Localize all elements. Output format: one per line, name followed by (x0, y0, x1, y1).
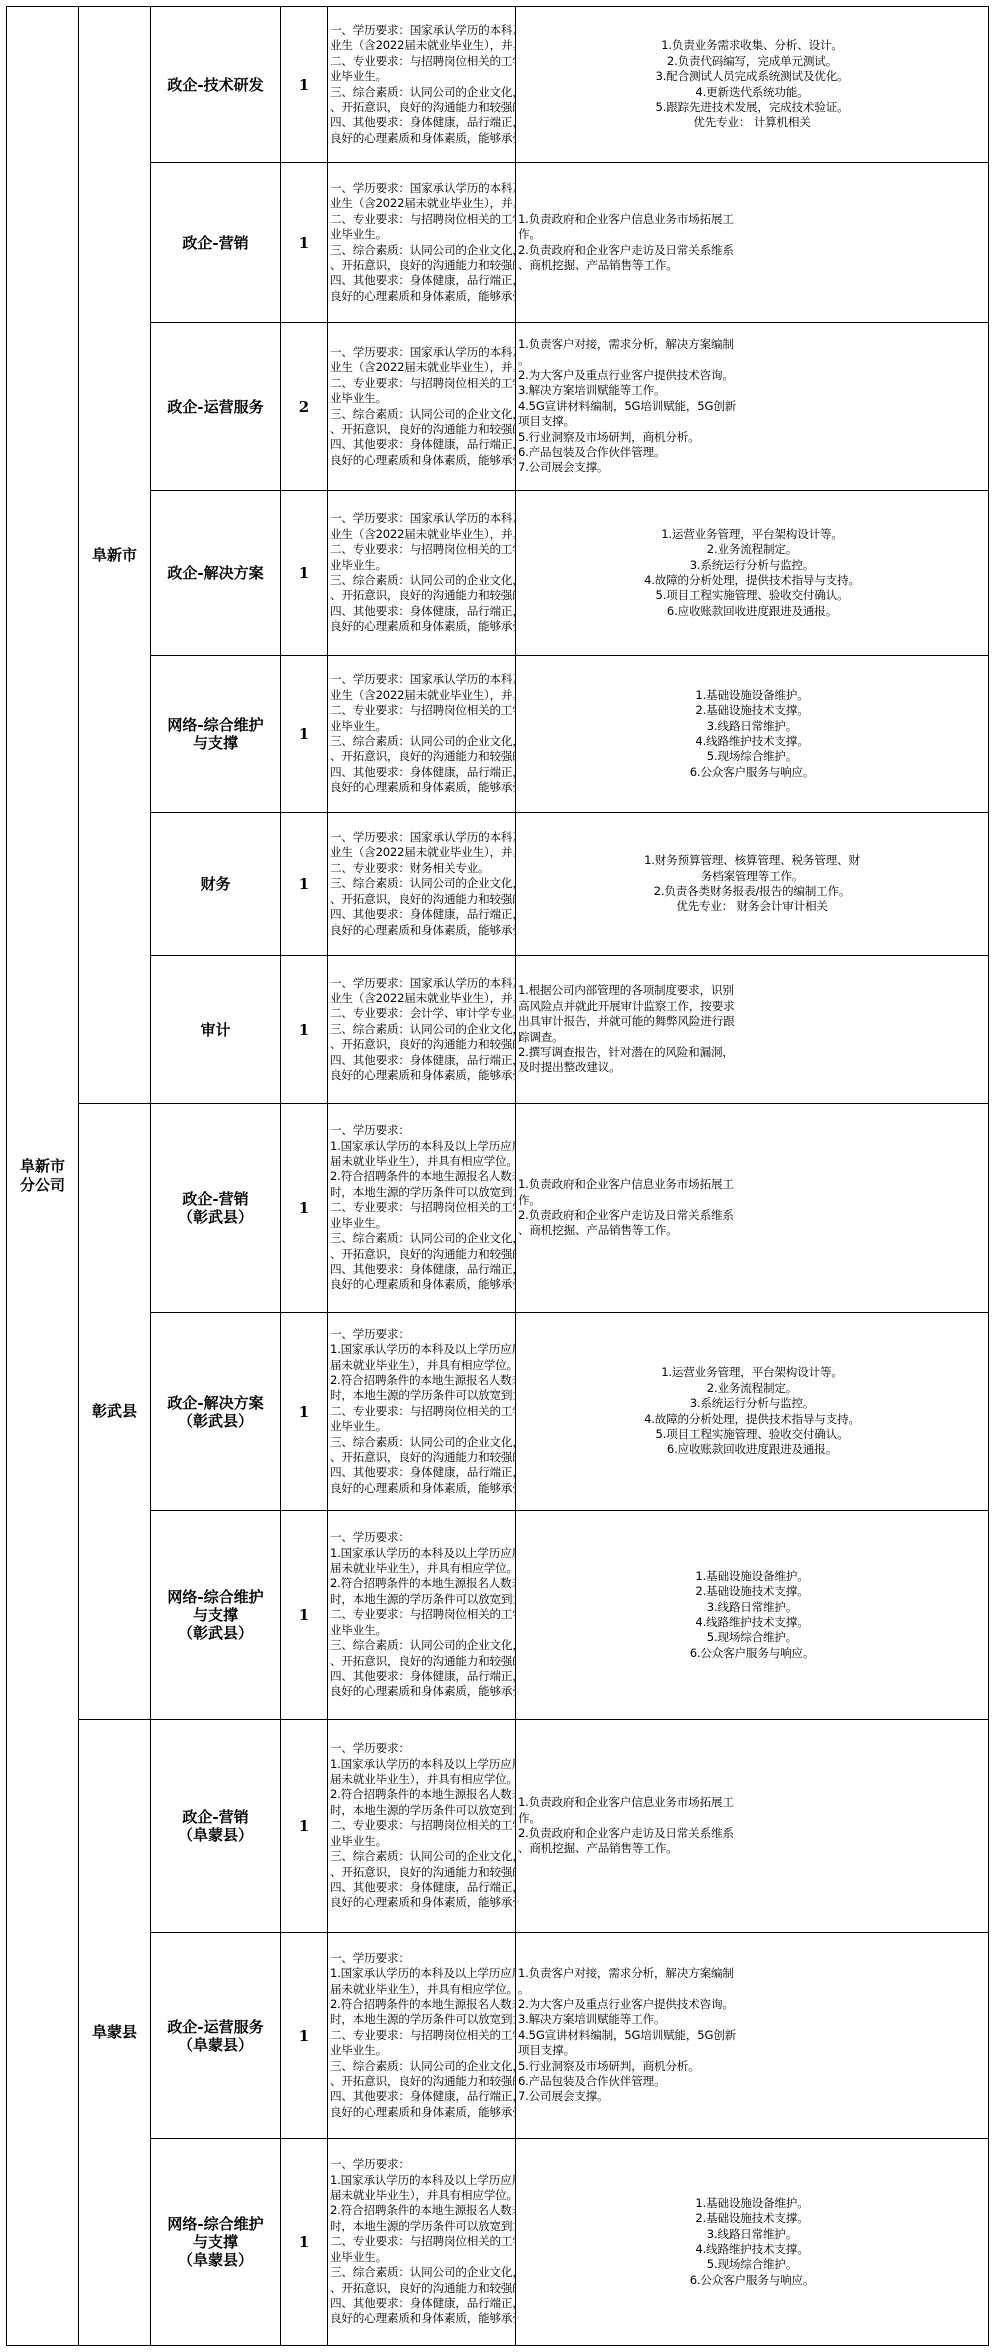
requirements-cell: 一、学历要求：国家承认学历的本科及以上学历应届毕业生（含2022届未就业毕业生）… (328, 163, 516, 323)
position-cell: 政企-营销（彰武县） (151, 1104, 281, 1313)
position-name: 政企-营销 (153, 1808, 278, 1826)
table-row: 阜新市分公司阜新市政企-技术研发1一、学历要求：国家承认学历的本科及以上学历应届… (7, 7, 989, 163)
requirement-line: 四、其他要求：身体健康，品行端正，勤奋踏实，具备 (330, 1465, 513, 1480)
requirement-line: 四、其他要求：身体健康，品行端正，勤奋踏实，具备 (330, 1669, 513, 1684)
requirement-line: 、开拓意识，良好的沟通能力和较强的团队协作意识。 (330, 1037, 513, 1052)
requirement-line: 四、其他要求：身体健康，品行端正，勤奋踏实，具备 (330, 2089, 513, 2104)
requirement-line: 1.国家承认学历的本科及以上学历应届毕业生（含2022 (330, 1757, 513, 1772)
position-name: 政企-技术研发 (153, 76, 278, 94)
table-row: 彰武县政企-营销（彰武县）1一、学历要求：1.国家承认学历的本科及以上学历应届毕… (7, 1104, 989, 1313)
requirement-line: 2.符合招聘条件的本地生源报名人数未达到招聘计划 (330, 1997, 513, 2012)
requirement-line: 三、综合素质：认同公司的企业文化，具有较强进取心 (330, 407, 513, 422)
requirement-line: 、开拓意识，良好的沟通能力和较强的团队协作意识。 (330, 422, 513, 437)
requirement-line: 四、其他要求：身体健康，品行端正，勤奋踏实，具备 (330, 1053, 513, 1068)
requirements-cell: 一、学历要求：1.国家承认学历的本科及以上学历应届毕业生（含2022届未就业毕业… (328, 2139, 516, 2346)
requirement-line: 1.国家承认学历的本科及以上学历应届毕业生（含2022 (330, 1546, 513, 1561)
duty-line: 6.产品包装及合作伙伴管理。 (518, 2074, 986, 2089)
duty-line: 4.线路维护技术支撑。 (518, 2242, 986, 2257)
requirement-line: 一、学历要求：国家承认学历的本科及以上学历应届毕 (330, 23, 513, 38)
requirement-line: 时，本地生源的学历条件可以放宽到大学专科。 (330, 1592, 513, 1607)
requirement-line: 四、其他要求：身体健康，品行端正，勤奋踏实，具备 (330, 273, 513, 288)
duty-line: 优先专业： 计算机相关 (518, 115, 986, 130)
requirement-line: 业毕业生。 (330, 1419, 513, 1434)
duty-line: 3.系统运行分析与监控。 (518, 558, 986, 573)
requirement-line: 良好的心理素质和身体素质，能够承受较大工作压力。 (330, 2311, 513, 2326)
position-name: 政企-解决方案 (153, 1394, 278, 1412)
duty-line: 5.现场综合维护。 (518, 1630, 986, 1645)
position-name: （彰武县） (153, 1624, 278, 1642)
requirement-line: 三、综合素质：认同公司的企业文化，具有较强进取心 (330, 1231, 513, 1246)
duty-line: 作。 (518, 1193, 986, 1208)
requirement-line: 、开拓意识，良好的沟通能力和较强的团队协作意识。 (330, 100, 513, 115)
headcount-cell: 1 (281, 7, 328, 163)
duty-line: 5.跟踪先进技术发展，完成技术验证。 (518, 100, 986, 115)
position-name: 网络-综合维护 (153, 716, 278, 734)
position-name: （阜蒙县） (153, 2251, 278, 2269)
requirement-line: 业毕业生。 (330, 1623, 513, 1638)
duty-line: 4.故障的分析处理，提供技术指导与支持。 (518, 573, 986, 588)
requirement-line: 2.符合招聘条件的本地生源报名人数未达到招聘计划 (330, 1373, 513, 1388)
requirement-line: 良好的心理素质和身体素质，能够承受较大工作压力。 (330, 1068, 513, 1083)
duty-line: 踪调查。 (518, 1030, 986, 1045)
duty-line: 2.基础设施技术支撑。 (518, 1584, 986, 1599)
requirement-line: 届未就业毕业生），并具有相应学位。 (330, 1358, 513, 1373)
requirement-line: 2.符合招聘条件的本地生源报名人数未达到招聘计划 (330, 2203, 513, 2218)
requirement-line: 一、学历要求：国家承认学历的本科及以上学历应届毕 (330, 511, 513, 526)
duty-line: 4.5G宣讲材料编制，5G培训赋能，5G创新 (518, 2028, 986, 2043)
requirement-line: 1.国家承认学历的本科及以上学历应届毕业生（含2022 (330, 2173, 513, 2188)
requirement-line: 二、专业要求：与招聘岗位相关的工学、理学类相关专 (330, 703, 513, 718)
table-row: 政企-解决方案（彰武县）1一、学历要求：1.国家承认学历的本科及以上学历应届毕业… (7, 1313, 989, 1511)
requirement-line: 二、专业要求：与招聘岗位相关的工学、理学类相关专 (330, 2028, 513, 2043)
requirement-line: 业生（含2022届未就业毕业生），并具有相应学位。 (330, 688, 513, 703)
duty-line: 1.基础设施设备维护。 (518, 688, 986, 703)
duty-line: 5.行业洞察及市场研判，商机分析。 (518, 2059, 986, 2074)
requirement-line: 良好的心理素质和身体素质，能够承受较大工作压力。 (330, 1684, 513, 1699)
requirement-line: 一、学历要求：国家承认学历的本科及以上学历应届毕 (330, 181, 513, 196)
requirement-line: 届未就业毕业生），并具有相应学位。 (330, 1154, 513, 1169)
requirement-line: 、开拓意识，良好的沟通能力和较强的团队协作意识。 (330, 258, 513, 273)
duty-line: 务档案管理等工作。 (518, 869, 986, 884)
position-cell: 财务 (151, 813, 281, 956)
table-row: 阜蒙县政企-营销（阜蒙县）1一、学历要求：1.国家承认学历的本科及以上学历应届毕… (7, 1720, 989, 1933)
requirement-line: 良好的心理素质和身体素质，能够承受较大工作压力。 (330, 131, 513, 146)
requirements-cell: 一、学历要求：1.国家承认学历的本科及以上学历应届毕业生（含2022届未就业毕业… (328, 1313, 516, 1511)
requirement-line: 2.符合招聘条件的本地生源报名人数未达到招聘计划 (330, 1576, 513, 1591)
duties-cell: 1.根据公司内部管理的各项制度要求，识别高风险点并就此开展审计监察工作，按要求出… (516, 956, 989, 1104)
requirement-line: 业毕业生。 (330, 227, 513, 242)
requirement-line: 业生（含2022届未就业毕业生），并具有相应学位。 (330, 196, 513, 211)
position-name: 政企-营销 (153, 1190, 278, 1208)
requirement-line: 四、其他要求：身体健康，品行端正，勤奋踏实，具备 (330, 907, 513, 922)
duty-line: 3.解决方案培训赋能等工作。 (518, 383, 986, 398)
duty-line: 1.负责政府和企业客户信息业务市场拓展工 (518, 212, 986, 227)
requirement-line: 业毕业生。 (330, 719, 513, 734)
duty-line: 3.解决方案培训赋能等工作。 (518, 2012, 986, 2027)
requirement-line: 、开拓意识，良好的沟通能力和较强的团队协作意识。 (330, 588, 513, 603)
duty-line: 作。 (518, 1811, 986, 1826)
duty-line: 1.运营业务管理，平台架构设计等。 (518, 1365, 986, 1380)
duty-line: 2.为大客户及重点行业客户提供技术咨询。 (518, 368, 986, 383)
duties-cell: 1.负责客户对接，需求分析，解决方案编制。2.为大客户及重点行业客户提供技术咨询… (516, 1933, 989, 2139)
requirement-line: 良好的心理素质和身体素质，能够承受较大工作压力。 (330, 2105, 513, 2120)
requirement-line: 一、学历要求： (330, 1530, 513, 1545)
duty-line: 3.线路日常维护。 (518, 719, 986, 734)
duty-line: 1.负责业务需求收集、分析、设计。 (518, 38, 986, 53)
table-row: 政企-运营服务2一、学历要求：国家承认学历的本科及以上学历应届毕业生（含2022… (7, 323, 989, 491)
requirement-line: 良好的心理素质和身体素质，能够承受较大工作压力。 (330, 289, 513, 304)
duty-line: 1.负责客户对接，需求分析，解决方案编制 (518, 337, 986, 352)
headcount-cell: 1 (281, 1313, 328, 1511)
duties-cell: 1.负责业务需求收集、分析、设计。2.负责代码编写，完成单元测试。3.配合测试人… (516, 7, 989, 163)
requirement-line: 三、综合素质：认同公司的企业文化，具有较强进取心 (330, 243, 513, 258)
requirement-line: 一、学历要求：国家承认学历的本科及以上学历应届毕 (330, 830, 513, 845)
requirement-line: 2.符合招聘条件的本地生源报名人数未达到招聘计划 (330, 1787, 513, 1802)
duties-cell: 1.基础设施设备维护。2.基础设施技术支撑。3.线路日常维护。4.线路维护技术支… (516, 1511, 989, 1720)
headcount-cell: 1 (281, 1511, 328, 1720)
requirement-line: 四、其他要求：身体健康，品行端正，勤奋踏实，具备 (330, 604, 513, 619)
duty-line: 5.项目工程实施管理、验收交付确认。 (518, 1427, 986, 1442)
position-cell: 政企-营销（阜蒙县） (151, 1720, 281, 1933)
duty-line: 1.负责政府和企业客户信息业务市场拓展工 (518, 1795, 986, 1810)
requirement-line: 1.国家承认学历的本科及以上学历应届毕业生（含2022 (330, 1342, 513, 1357)
duty-line: 及时提出整改建议。 (518, 1060, 986, 1075)
requirement-line: 二、专业要求：与招聘岗位相关的工学、理学类相关专 (330, 542, 513, 557)
duty-line: 2.负责各类财务报表/报告的编制工作。 (518, 884, 986, 899)
requirement-line: 四、其他要求：身体健康，品行端正，勤奋踏实，具备 (330, 115, 513, 130)
requirements-cell: 一、学历要求：国家承认学历的本科及以上学历应届毕业生（含2022届未就业毕业生）… (328, 956, 516, 1104)
headcount-cell: 1 (281, 1720, 328, 1933)
requirement-line: 业毕业生。 (330, 1216, 513, 1231)
company-cell: 阜新市分公司 (7, 7, 79, 2346)
requirement-line: 四、其他要求：身体健康，品行端正，勤奋踏实，具备 (330, 1262, 513, 1277)
position-cell: 政企-营销 (151, 163, 281, 323)
position-cell: 政企-技术研发 (151, 7, 281, 163)
requirement-line: 二、专业要求：与招聘岗位相关的工学、理学类相关专 (330, 1200, 513, 1215)
requirement-line: 良好的心理素质和身体素质，能够承受较大工作压力。 (330, 780, 513, 795)
requirement-line: 2.符合招聘条件的本地生源报名人数未达到招聘计划 (330, 1169, 513, 1184)
requirements-cell: 一、学历要求：国家承认学历的本科及以上学历应届毕业生（含2022届未就业毕业生）… (328, 7, 516, 163)
duty-line: 、商机挖掘、产品销售等工作。 (518, 1841, 986, 1856)
duty-line: 4.更新迭代系统功能。 (518, 85, 986, 100)
position-name: （阜蒙县） (153, 2036, 278, 2054)
requirement-line: 一、学历要求：国家承认学历的本科及以上学历应届毕 (330, 345, 513, 360)
headcount-cell: 1 (281, 163, 328, 323)
duty-line: 4.5G宣讲材料编制，5G培训赋能，5G创新 (518, 399, 986, 414)
duty-line: 。 (518, 353, 986, 368)
requirement-line: 、开拓意识，良好的沟通能力和较强的团队协作意识。 (330, 1654, 513, 1669)
duty-line: 优先专业： 财务会计审计相关 (518, 899, 986, 914)
requirement-line: 、开拓意识，良好的沟通能力和较强的团队协作意识。 (330, 2281, 513, 2296)
requirement-line: 良好的心理素质和身体素质，能够承受较大工作压力。 (330, 619, 513, 634)
requirement-line: 二、专业要求：与招聘岗位相关的工学、理学类相关专 (330, 1607, 513, 1622)
duties-cell: 1.负责政府和企业客户信息业务市场拓展工作。2.负责政府和企业客户走访及日常关系… (516, 163, 989, 323)
requirement-line: 时，本地生源的学历条件可以放宽到大学专科。 (330, 1388, 513, 1403)
requirement-line: 时，本地生源的学历条件可以放宽到大学专科。 (330, 1803, 513, 1818)
position-name: 政企-解决方案 (153, 564, 278, 582)
requirement-line: 、开拓意识，良好的沟通能力和较强的团队协作意识。 (330, 892, 513, 907)
duty-line: 1.根据公司内部管理的各项制度要求，识别 (518, 983, 986, 998)
duties-cell: 1.运营业务管理，平台架构设计等。2.业务流程制定。3.系统运行分析与监控。4.… (516, 491, 989, 656)
duty-line: 4.故障的分析处理，提供技术指导与支持。 (518, 1412, 986, 1427)
requirement-line: 良好的心理素质和身体素质，能够承受较大工作压力。 (330, 453, 513, 468)
requirement-line: 届未就业毕业生），并具有相应学位。 (330, 1772, 513, 1787)
position-name: 网络-综合维护 (153, 2215, 278, 2233)
position-cell: 网络-综合维护与支撑（彰武县） (151, 1511, 281, 1720)
requirement-line: 二、专业要求：与招聘岗位相关的工学、理学类相关专 (330, 1404, 513, 1419)
requirement-line: 业毕业生。 (330, 391, 513, 406)
requirement-line: 业生（含2022届未就业毕业生），并具有相应学位。 (330, 38, 513, 53)
requirement-line: 三、综合素质：认同公司的企业文化，具有较强进取心 (330, 1022, 513, 1037)
region-cell: 彰武县 (79, 1104, 151, 1720)
duty-line: 2.业务流程制定。 (518, 542, 986, 557)
position-name: 与支撑 (153, 2233, 278, 2251)
duty-line: 5.项目工程实施管理、验收交付确认。 (518, 588, 986, 603)
duty-line: 1.财务预算管理、核算管理、税务管理、财 (518, 853, 986, 868)
duties-cell: 1.负责政府和企业客户信息业务市场拓展工作。2.负责政府和企业客户走访及日常关系… (516, 1104, 989, 1313)
duties-cell: 1.运营业务管理，平台架构设计等。2.业务流程制定。3.系统运行分析与监控。4.… (516, 1313, 989, 1511)
duty-line: 1.运营业务管理，平台架构设计等。 (518, 527, 986, 542)
requirements-cell: 一、学历要求：国家承认学历的本科及以上学历应届毕业生（含2022届未就业毕业生）… (328, 813, 516, 956)
position-name: 政企-运营服务 (153, 2018, 278, 2036)
duty-line: 2.业务流程制定。 (518, 1381, 986, 1396)
headcount-cell: 1 (281, 1933, 328, 2139)
table-row: 政企-解决方案1一、学历要求：国家承认学历的本科及以上学历应届毕业生（含2022… (7, 491, 989, 656)
position-name: 政企-运营服务 (153, 398, 278, 416)
position-cell: 政企-解决方案（彰武县） (151, 1313, 281, 1511)
requirements-cell: 一、学历要求：国家承认学历的本科及以上学历应届毕业生（含2022届未就业毕业生）… (328, 323, 516, 491)
requirement-line: 业毕业生。 (330, 2250, 513, 2265)
table-row: 政企-运营服务（阜蒙县）1一、学历要求：1.国家承认学历的本科及以上学历应届毕业… (7, 1933, 989, 2139)
duty-line: 7.公司展会支撑。 (518, 2089, 986, 2104)
duty-line: 2.负责政府和企业客户走访及日常关系维系 (518, 1208, 986, 1223)
position-name: （彰武县） (153, 1208, 278, 1226)
region-cell: 阜蒙县 (79, 1720, 151, 2346)
requirements-cell: 一、学历要求：国家承认学历的本科及以上学历应届毕业生（含2022届未就业毕业生）… (328, 656, 516, 813)
requirement-line: 届未就业毕业生），并具有相应学位。 (330, 2188, 513, 2203)
duty-line: 3.系统运行分析与监控。 (518, 1396, 986, 1411)
requirement-line: 四、其他要求：身体健康，品行端正，勤奋踏实，具备 (330, 1880, 513, 1895)
duty-line: 2.负责政府和企业客户走访及日常关系维系 (518, 1826, 986, 1841)
duty-line: 2.基础设施技术支撑。 (518, 2211, 986, 2226)
requirement-line: 一、学历要求： (330, 2157, 513, 2172)
position-name: （彰武县） (153, 1412, 278, 1430)
requirement-line: 良好的心理素质和身体素质，能够承受较大工作压力。 (330, 1277, 513, 1292)
duty-line: 作。 (518, 227, 986, 242)
requirement-line: 业生（含2022届未就业毕业生），并具有相应学位。 (330, 991, 513, 1006)
requirement-line: 三、综合素质：认同公司的企业文化，具有较强进取心 (330, 1849, 513, 1864)
requirement-line: 、开拓意识，良好的沟通能力和较强的团队协作意识。 (330, 749, 513, 764)
duty-line: 6.公众客户服务与响应。 (518, 765, 986, 780)
requirement-line: 二、专业要求：与招聘岗位相关的工学、理学类相关专 (330, 376, 513, 391)
requirement-line: 届未就业毕业生），并具有相应学位。 (330, 1982, 513, 1997)
requirement-line: 良好的心理素质和身体素质，能够承受较大工作压力。 (330, 1895, 513, 1910)
table-row: 审计1一、学历要求：国家承认学历的本科及以上学历应届毕业生（含2022届未就业毕… (7, 956, 989, 1104)
duty-line: 项目支撑。 (518, 2043, 986, 2058)
requirement-line: 、开拓意识，良好的沟通能力和较强的团队协作意识。 (330, 2074, 513, 2089)
requirement-line: 二、专业要求：与招聘岗位相关的工学、理学类相关专 (330, 212, 513, 227)
headcount-cell: 1 (281, 2139, 328, 2346)
duty-line: 2.负责政府和企业客户走访及日常关系维系 (518, 243, 986, 258)
duty-line: 2.负责代码编写，完成单元测试。 (518, 54, 986, 69)
table-row: 网络-综合维护与支撑（阜蒙县）1一、学历要求：1.国家承认学历的本科及以上学历应… (7, 2139, 989, 2346)
duty-line: 。 (518, 1982, 986, 1997)
region-cell: 阜新市 (79, 7, 151, 1104)
requirement-line: 二、专业要求：财务相关专业。 (330, 861, 513, 876)
duty-line: 4.线路维护技术支撑。 (518, 734, 986, 749)
duty-line: 3.线路日常维护。 (518, 2227, 986, 2242)
requirement-line: 二、专业要求：与招聘岗位相关的工学、理学类相关专 (330, 2234, 513, 2249)
duty-line: 7.公司展会支撑。 (518, 460, 986, 475)
position-name: 审计 (153, 1021, 278, 1039)
position-cell: 网络-综合维护与支撑 (151, 656, 281, 813)
requirement-line: 业毕业生。 (330, 558, 513, 573)
recruitment-table-body: 阜新市分公司阜新市政企-技术研发1一、学历要求：国家承认学历的本科及以上学历应届… (7, 7, 989, 2346)
requirement-line: 三、综合素质：认同公司的企业文化，具有较强进取心 (330, 734, 513, 749)
duty-line: 、商机挖掘、产品销售等工作。 (518, 258, 986, 273)
duty-line: 1.负责政府和企业客户信息业务市场拓展工 (518, 1177, 986, 1192)
requirement-line: 业毕业生。 (330, 69, 513, 84)
requirement-line: 三、综合素质：认同公司的企业文化，具有较强进取心 (330, 1435, 513, 1450)
requirement-line: 良好的心理素质和身体素质，能够承受较大工作压力。 (330, 1481, 513, 1496)
position-name: 政企-营销 (153, 234, 278, 252)
position-name: 财务 (153, 875, 278, 893)
duty-line: 3.配合测试人员完成系统测试及优化。 (518, 69, 986, 84)
requirement-line: 1.国家承认学历的本科及以上学历应届毕业生（含2022 (330, 1966, 513, 1981)
table-row: 政企-营销1一、学历要求：国家承认学历的本科及以上学历应届毕业生（含2022届未… (7, 163, 989, 323)
table-row: 财务1一、学历要求：国家承认学历的本科及以上学历应届毕业生（含2022届未就业毕… (7, 813, 989, 956)
headcount-cell: 1 (281, 491, 328, 656)
duty-line: 6.产品包装及合作伙伴管理。 (518, 445, 986, 460)
requirement-line: 1.国家承认学历的本科及以上学历应届毕业生（含2022 (330, 1139, 513, 1154)
requirement-line: 一、学历要求： (330, 1741, 513, 1756)
requirement-line: 届未就业毕业生），并具有相应学位。 (330, 1561, 513, 1576)
requirement-line: 业毕业生。 (330, 2043, 513, 2058)
requirement-line: 三、综合素质：认同公司的企业文化，具有较强进取心 (330, 876, 513, 891)
requirement-line: 四、其他要求：身体健康，品行端正，勤奋踏实，具备 (330, 2296, 513, 2311)
duty-line: 6.应收账款回收进度跟进及通报。 (518, 1442, 986, 1457)
requirement-line: 三、综合素质：认同公司的企业文化，具有较强进取心 (330, 2265, 513, 2280)
headcount-cell: 1 (281, 656, 328, 813)
duty-line: 6.应收账款回收进度跟进及通报。 (518, 604, 986, 619)
position-name: 与支撑 (153, 1606, 278, 1624)
requirements-cell: 一、学历要求：1.国家承认学历的本科及以上学历应届毕业生（含2022届未就业毕业… (328, 1720, 516, 1933)
requirement-line: 、开拓意识，良好的沟通能力和较强的团队协作意识。 (330, 1450, 513, 1465)
duty-line: 2.撰写调查报告，针对潜在的风险和漏洞， (518, 1045, 986, 1060)
requirements-cell: 一、学历要求：1.国家承认学历的本科及以上学历应届毕业生（含2022届未就业毕业… (328, 1104, 516, 1313)
table-row: 网络-综合维护与支撑1一、学历要求：国家承认学历的本科及以上学历应届毕业生（含2… (7, 656, 989, 813)
requirements-cell: 一、学历要求：1.国家承认学历的本科及以上学历应届毕业生（含2022届未就业毕业… (328, 1511, 516, 1720)
requirement-line: 业生（含2022届未就业毕业生），并具有相应学位。 (330, 360, 513, 375)
requirement-line: 二、专业要求：与招聘岗位相关的工学、理学类相关专 (330, 54, 513, 69)
position-cell: 审计 (151, 956, 281, 1104)
duty-line: 6.公众客户服务与响应。 (518, 2273, 986, 2288)
requirement-line: 二、专业要求：会计学、审计学专业。 (330, 1006, 513, 1021)
requirements-cell: 一、学历要求：1.国家承认学历的本科及以上学历应届毕业生（含2022届未就业毕业… (328, 1933, 516, 2139)
requirement-line: 三、综合素质：认同公司的企业文化，具有较强进取心 (330, 573, 513, 588)
position-cell: 政企-运营服务（阜蒙县） (151, 1933, 281, 2139)
requirement-line: 二、专业要求：与招聘岗位相关的工学、理学类相关专 (330, 1818, 513, 1833)
requirement-line: 一、学历要求：国家承认学历的本科及以上学历应届毕 (330, 976, 513, 991)
duty-line: 5.行业洞察及市场研判，商机分析。 (518, 430, 986, 445)
duty-line: 4.线路维护技术支撑。 (518, 1615, 986, 1630)
duty-line: 5.现场综合维护。 (518, 2257, 986, 2272)
requirement-line: 三、综合素质：认同公司的企业文化，具有较强进取心 (330, 2059, 513, 2074)
duties-cell: 1.基础设施设备维护。2.基础设施技术支撑。3.线路日常维护。4.线路维护技术支… (516, 656, 989, 813)
duty-line: 6.公众客户服务与响应。 (518, 1646, 986, 1661)
requirement-line: 一、学历要求： (330, 1327, 513, 1342)
recruitment-table: 阜新市分公司阜新市政企-技术研发1一、学历要求：国家承认学历的本科及以上学历应届… (6, 6, 989, 2346)
duty-line: 5.现场综合维护。 (518, 749, 986, 764)
requirement-line: 一、学历要求： (330, 1123, 513, 1138)
requirement-line: 时，本地生源的学历条件可以放宽到大学专科。 (330, 2219, 513, 2234)
duty-line: 1.负责客户对接，需求分析，解决方案编制 (518, 1966, 986, 1981)
position-cell: 网络-综合维护与支撑（阜蒙县） (151, 2139, 281, 2346)
position-cell: 政企-解决方案 (151, 491, 281, 656)
position-cell: 政企-运营服务 (151, 323, 281, 491)
requirement-line: 时，本地生源的学历条件可以放宽到大学专科。 (330, 2012, 513, 2027)
requirement-line: 一、学历要求：国家承认学历的本科及以上学历应届毕 (330, 672, 513, 687)
requirement-line: 、开拓意识，良好的沟通能力和较强的团队协作意识。 (330, 1865, 513, 1880)
requirement-line: 一、学历要求： (330, 1951, 513, 1966)
duties-cell: 1.负责客户对接，需求分析，解决方案编制。2.为大客户及重点行业客户提供技术咨询… (516, 323, 989, 491)
duty-line: 项目支撑。 (518, 414, 986, 429)
duties-cell: 1.基础设施设备维护。2.基础设施技术支撑。3.线路日常维护。4.线路维护技术支… (516, 2139, 989, 2346)
duties-cell: 1.负责政府和企业客户信息业务市场拓展工作。2.负责政府和企业客户走访及日常关系… (516, 1720, 989, 1933)
requirements-cell: 一、学历要求：国家承认学历的本科及以上学历应届毕业生（含2022届未就业毕业生）… (328, 491, 516, 656)
requirement-line: 业生（含2022届未就业毕业生），并具有相应学位。 (330, 527, 513, 542)
headcount-cell: 1 (281, 813, 328, 956)
requirement-line: 三、综合素质：认同公司的企业文化，具有较强进取心 (330, 1638, 513, 1653)
company-name: 分公司 (9, 1176, 76, 1195)
duty-line: 2.为大客户及重点行业客户提供技术咨询。 (518, 1997, 986, 2012)
headcount-cell: 1 (281, 1104, 328, 1313)
duty-line: 、商机挖掘、产品销售等工作。 (518, 1223, 986, 1238)
position-name: 与支撑 (153, 734, 278, 752)
duty-line: 1.基础设施设备维护。 (518, 2196, 986, 2211)
duty-line: 高风险点并就此开展审计监察工作，按要求 (518, 999, 986, 1014)
requirement-line: 三、综合素质：认同公司的企业文化，具有较强进取心 (330, 85, 513, 100)
requirement-line: 四、其他要求：身体健康，品行端正，勤奋踏实，具备 (330, 765, 513, 780)
duty-line: 2.基础设施技术支撑。 (518, 703, 986, 718)
position-name: 网络-综合维护 (153, 1588, 278, 1606)
table-row: 网络-综合维护与支撑（彰武县）1一、学历要求：1.国家承认学历的本科及以上学历应… (7, 1511, 989, 1720)
requirement-line: 、开拓意识，良好的沟通能力和较强的团队协作意识。 (330, 1247, 513, 1262)
duty-line: 1.基础设施设备维护。 (518, 1569, 986, 1584)
requirement-line: 四、其他要求：身体健康，品行端正，勤奋踏实，具备 (330, 437, 513, 452)
position-name: （阜蒙县） (153, 1826, 278, 1844)
duty-line: 3.线路日常维护。 (518, 1600, 986, 1615)
requirement-line: 业毕业生。 (330, 1834, 513, 1849)
company-name: 阜新市 (9, 1157, 76, 1176)
duty-line: 出具审计报告，并就可能的舞弊风险进行跟 (518, 1014, 986, 1029)
headcount-cell: 2 (281, 323, 328, 491)
requirement-line: 业生（含2022届未就业毕业生），并具有相应学位。 (330, 845, 513, 860)
duties-cell: 1.财务预算管理、核算管理、税务管理、财务档案管理等工作。2.负责各类财务报表/… (516, 813, 989, 956)
requirement-line: 时，本地生源的学历条件可以放宽到大学专科。 (330, 1185, 513, 1200)
headcount-cell: 1 (281, 956, 328, 1104)
requirement-line: 良好的心理素质和身体素质，能够承受较大工作压力。 (330, 923, 513, 938)
